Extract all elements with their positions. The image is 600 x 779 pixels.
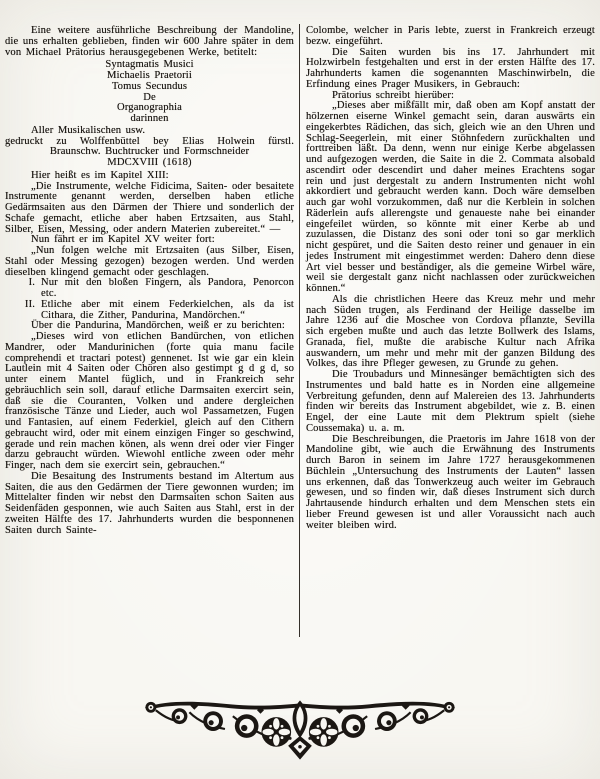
list-number: I.	[21, 278, 35, 300]
work-title-line: Tomus Secundus	[5, 82, 294, 93]
left-column: Eine weitere ausführliche Beschreibung d…	[5, 26, 294, 536]
list-text: Nur mit den bloßen Fingern, als Pandora,…	[41, 278, 294, 300]
besaitung-paragraph: Die Besaitung des Instruments bestand im…	[5, 472, 294, 537]
list-text: Etliche aber mit einem Federkielchen, al…	[41, 300, 294, 322]
list-number: II.	[21, 300, 35, 322]
list-item-roman-1: I. Nur mit den bloßen Fingern, als Pando…	[5, 278, 294, 300]
chapter13-quote: „Die Instrumente, welche Fidicima, Saite…	[5, 182, 294, 236]
imprint-line: MDCXVIII (1618)	[5, 158, 294, 169]
list-item-roman-2: II. Etliche aber mit einem Federkielchen…	[5, 300, 294, 322]
imprint-block: Aller Musikalischen usw. gedruckt zu Wol…	[5, 126, 294, 169]
intro-paragraph: Eine weitere ausführliche Beschreibung d…	[5, 26, 294, 58]
saiten-paragraph: Die Saiten wurden bis ins 17. Jahrhunder…	[306, 48, 595, 91]
imprint-line: Aller Musikalischen usw.	[5, 126, 294, 137]
pandurina-quote: „Dieses wird von etlichen Bandürchen, vo…	[5, 332, 294, 472]
tailpiece-ornament-icon	[142, 694, 458, 764]
kreuz-paragraph: Als die christlichen Heere das Kreuz meh…	[306, 295, 595, 370]
colombe-continuation: Colombe, welcher in Paris lebte, zuerst …	[306, 26, 595, 48]
troubadurs-paragraph: Die Troubadurs und Minnesänger bemächtig…	[306, 370, 595, 435]
work-title-block: Syntagmatis Musici Michaelis Praetorii T…	[5, 60, 294, 125]
beschreibungen-paragraph: Die Beschreibungen, die Praetoris im Jah…	[306, 435, 595, 532]
work-title-line: darinnen	[5, 114, 294, 125]
right-column: Colombe, welcher in Paris lebte, zuerst …	[306, 26, 595, 531]
scanned-book-page: Eine weitere ausführliche Beschreibung d…	[0, 0, 600, 779]
chapter15-quote: „Nun folgen welche mit Ertzsaiten (aus S…	[5, 246, 294, 278]
chapter13-lead: Hier heißt es im Kapitel XIII:	[5, 171, 294, 182]
wirbel-quote: „Dieses aber mißfällt mir, daß oben am K…	[306, 101, 595, 295]
column-divider-rule	[299, 24, 300, 637]
